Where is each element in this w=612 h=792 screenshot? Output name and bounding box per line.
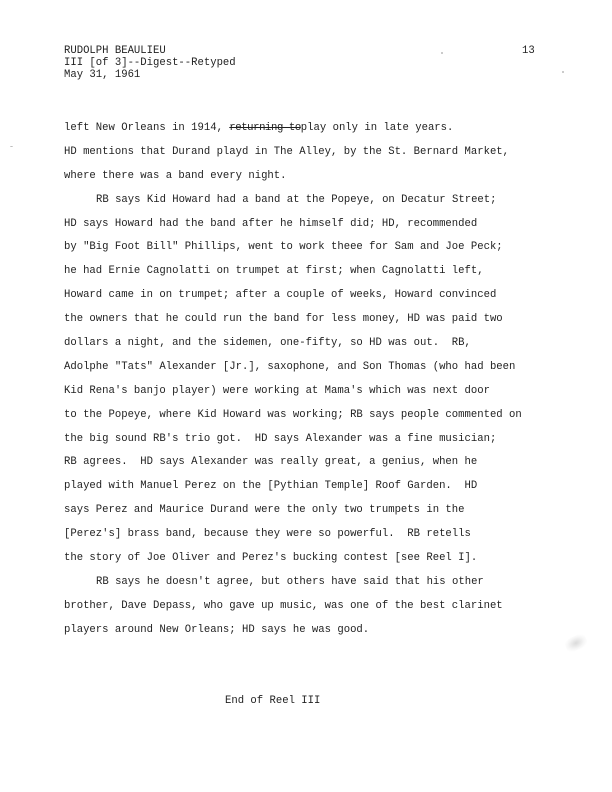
transcript-line: Howard came in on trumpet; after a coupl… bbox=[64, 284, 604, 308]
transcript-line: left New Orleans in 1914, returning topl… bbox=[64, 117, 604, 141]
transcript-line: the big sound RB's trio got. HD says Ale… bbox=[64, 428, 604, 452]
transcript-line: RB says he doesn't agree, but others hav… bbox=[64, 571, 604, 595]
struck-text: returning to bbox=[229, 122, 301, 134]
end-of-reel-note: End of Reel III bbox=[225, 695, 320, 707]
transcript-line: HD mentions that Durand playd in The All… bbox=[64, 141, 604, 165]
transcript-line: to the Popeye, where Kid Howard was work… bbox=[64, 404, 604, 428]
transcript-line: says Perez and Maurice Durand were the o… bbox=[64, 499, 604, 523]
transcript-line: the owners that he could run the band fo… bbox=[64, 308, 604, 332]
document-header: RUDOLPH BEAULIEU III [of 3]--Digest--Ret… bbox=[64, 45, 236, 82]
transcript-line: dollars a night, and the sidemen, one-fi… bbox=[64, 332, 604, 356]
transcript-body: left New Orleans in 1914, returning topl… bbox=[64, 117, 604, 643]
transcript-line: Kid Rena's banjo player) were working at… bbox=[64, 380, 604, 404]
transcript-line: by "Big Foot Bill" Phillips, went to wor… bbox=[64, 236, 604, 260]
line-text: play only in late years. bbox=[301, 122, 454, 134]
transcript-line: brother, Dave Depass, who gave up music,… bbox=[64, 595, 604, 619]
reel-label: III [of 3]--Digest--Retyped bbox=[64, 57, 236, 69]
transcript-line: where there was a band every night. bbox=[64, 165, 604, 189]
transcript-line: [Perez's] brass band, because they were … bbox=[64, 523, 604, 547]
transcript-line: the story of Joe Oliver and Perez's buck… bbox=[64, 547, 604, 571]
interview-date: May 31, 1961 bbox=[64, 69, 236, 81]
page-number: 13 bbox=[522, 45, 535, 57]
transcript-line: RB says Kid Howard had a band at the Pop… bbox=[64, 189, 604, 213]
transcript-line: played with Manuel Perez on the [Pythian… bbox=[64, 475, 604, 499]
scan-speck bbox=[562, 71, 564, 73]
transcript-line: players around New Orleans; HD says he w… bbox=[64, 619, 604, 643]
transcript-line: he had Ernie Cagnolatti on trumpet at fi… bbox=[64, 260, 604, 284]
transcript-line: HD says Howard had the band after he him… bbox=[64, 213, 604, 237]
interviewee-name: RUDOLPH BEAULIEU bbox=[64, 45, 236, 57]
scan-speck bbox=[10, 146, 13, 147]
line-text: left New Orleans in 1914, bbox=[64, 122, 229, 134]
transcript-line: Adolphe "Tats" Alexander [Jr.], saxophon… bbox=[64, 356, 604, 380]
document-page: RUDOLPH BEAULIEU III [of 3]--Digest--Ret… bbox=[0, 0, 612, 792]
transcript-line: RB agrees. HD says Alexander was really … bbox=[64, 451, 604, 475]
scan-speck bbox=[441, 52, 443, 54]
